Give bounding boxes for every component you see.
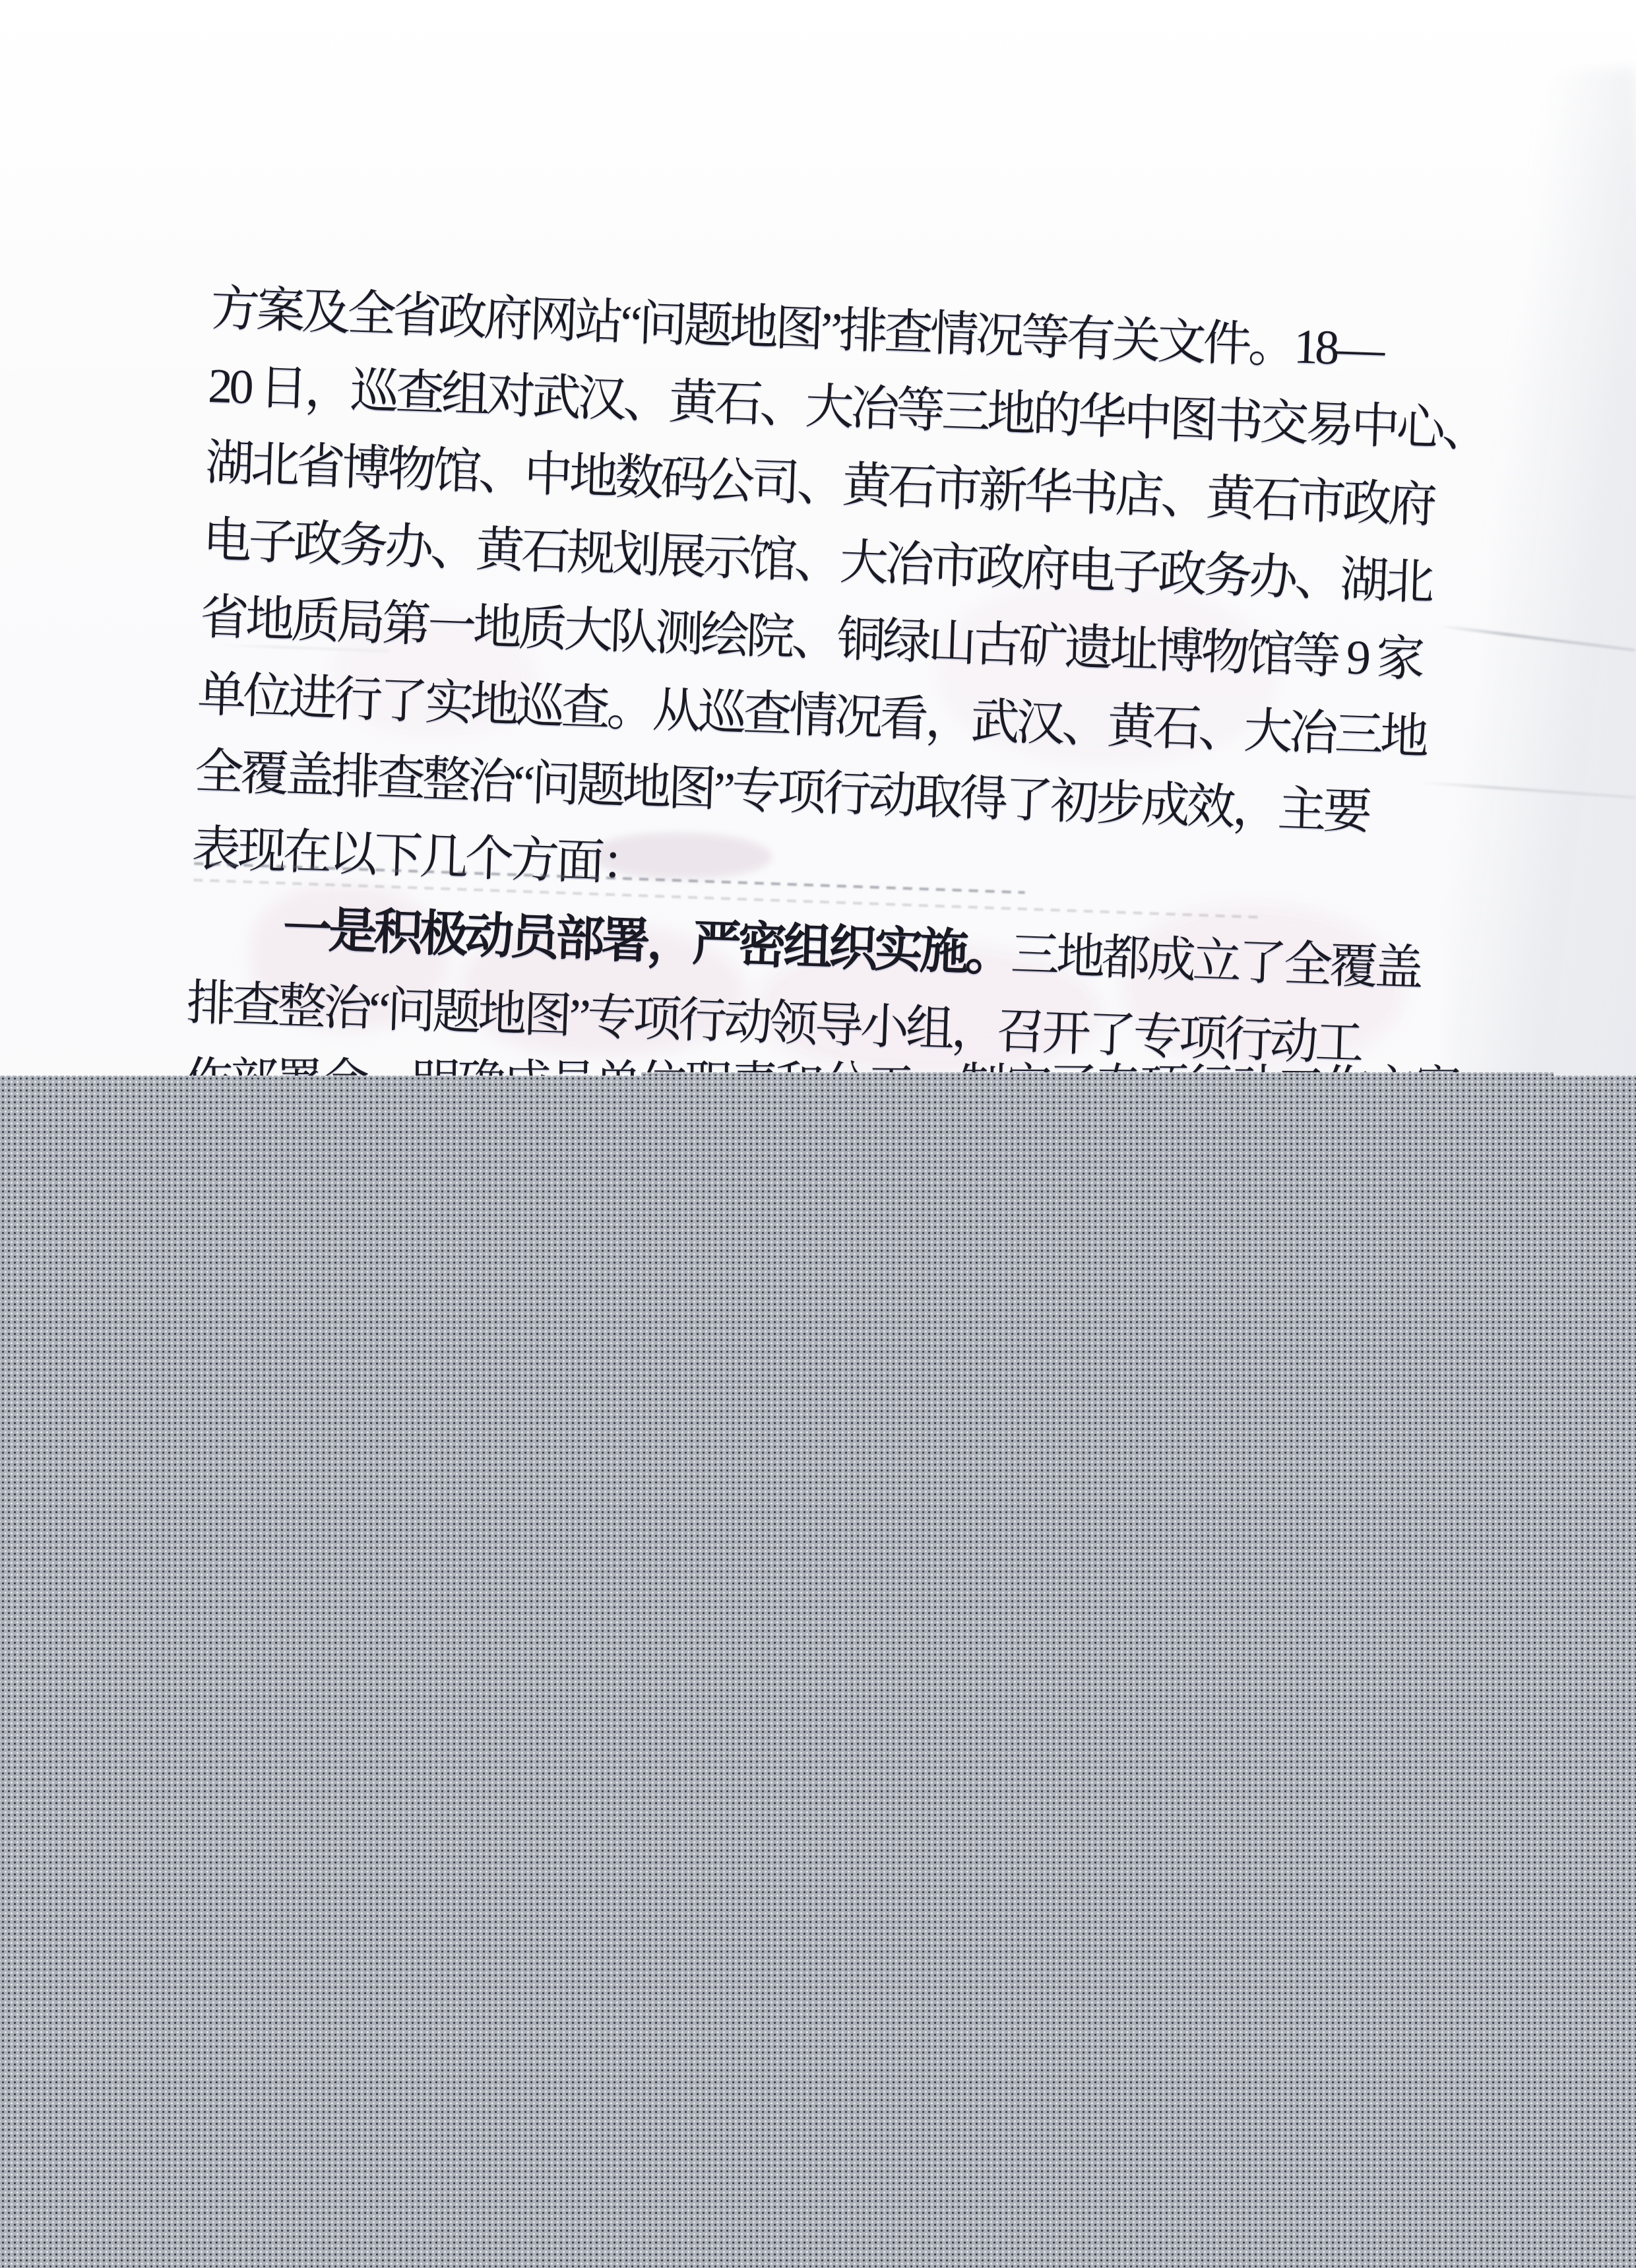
scanner-gray-band (0, 1076, 1636, 2268)
document-text-block: 方案及全省政府网站“问题地图”排查情况等有关文件。18— 20 日，巡查组对武汉… (183, 265, 1518, 1159)
scanned-document-page: 方案及全省政府网站“问题地图”排查情况等有关文件。18— 20 日，巡查组对武汉… (0, 0, 1636, 2268)
line-text: 三地都成立了全覆盖 (1010, 915, 1422, 999)
